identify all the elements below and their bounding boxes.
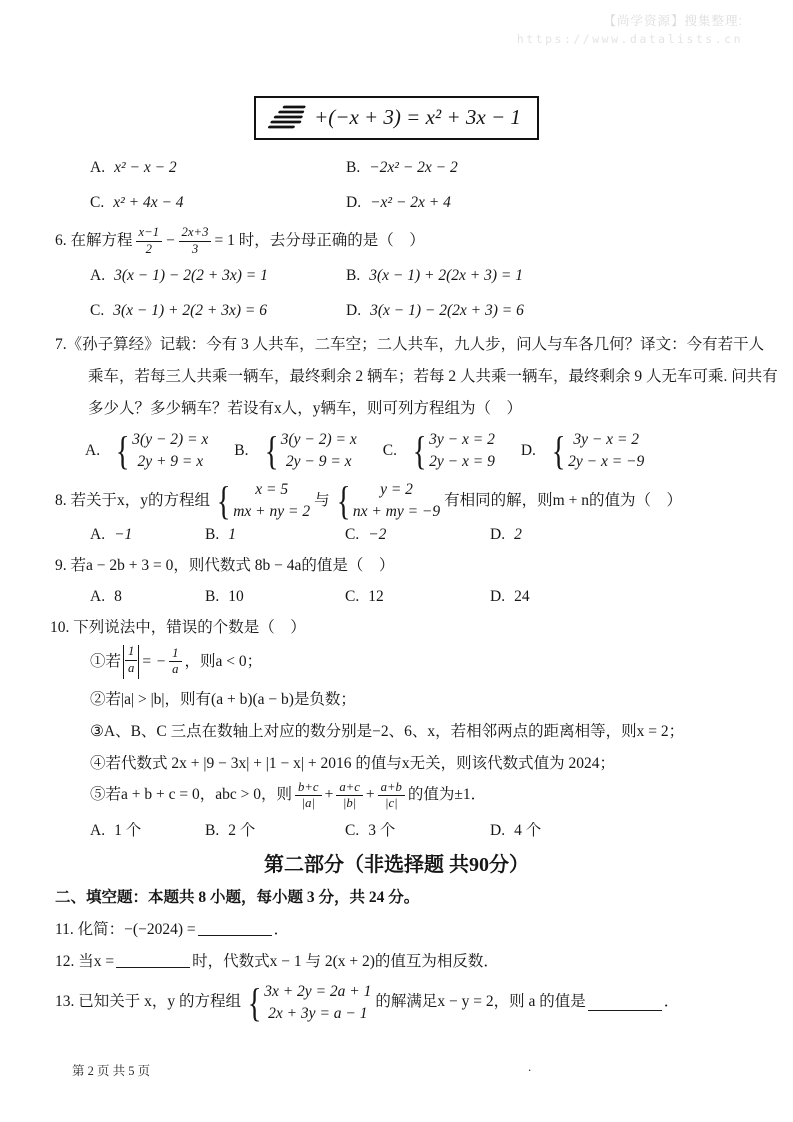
question-7-stem: 7.《孙子算经》记载：今有 3 人共车，二车空；二人共车，九人步，问人与车各几何… (0, 329, 793, 425)
option-a: A.1 个 (90, 821, 205, 842)
question-10-item-4: ④若代数式 2x + |9 − 3x| + |1 − x| + 2016 的值与… (90, 754, 793, 775)
option-b: B. {3(y − 2) = x2y − 9 = x (234, 429, 360, 473)
watermark-source-text: 【尚学资源】搜集整理: (517, 13, 743, 30)
question-9-options: A.8 B.10 C.12 D.24 (90, 587, 793, 608)
watermark: 【尚学资源】搜集整理: https://www.datalists.cn (517, 13, 743, 47)
option-a: A.x² − x − 2 (90, 158, 346, 179)
option-b: B.3(x − 1) + 2(2x + 3) = 1 (346, 266, 793, 287)
equation-system: {x = 5mx + ny = 2 (214, 479, 310, 523)
option-a: A.8 (90, 587, 205, 608)
question-9-stem: 9. 若a − 2b + 3 = 0，则代数式 8b − 4a的值是（ ） (55, 556, 793, 577)
question-7-options: A. {3(y − 2) = x2y + 9 = x B. {3(y − 2) … (85, 429, 793, 473)
option-b: B.−2x² − 2x − 2 (346, 158, 793, 179)
question-6-stem: 6. 在解方程 x−12 − 2x+33 = 1 时，去分母正确的是（ ） (55, 226, 793, 256)
option-b: B.2 个 (205, 821, 345, 842)
answer-blank (588, 995, 662, 1011)
option-d: D.−x² − 2x + 4 (346, 193, 793, 214)
question-6-options: A.3(x − 1) − 2(2 + 3x) = 1 B.3(x − 1) + … (90, 266, 793, 322)
page-number: 第 2 页 共 5 页 (72, 1063, 150, 1080)
question-7-line-3: 多少人？多少辆车？若设有x人，y辆车，则可列方程组为（ ） (88, 393, 793, 425)
question-5-options: A.x² − x − 2 B.−2x² − 2x − 2 C.x² + 4x −… (90, 158, 793, 214)
question-8-options: A.−1 B.1 C.−2 D.2 (90, 525, 793, 546)
boxed-equation-text: +(−x + 3) = x² + 3x − 1 (314, 103, 521, 131)
option-d: D.3(x − 1) − 2(2x + 3) = 6 (346, 301, 793, 322)
option-a: A. {3(y − 2) = x2y + 9 = x (85, 429, 212, 473)
watermark-url-text: https://www.datalists.cn (517, 32, 743, 48)
fraction: 1a (169, 647, 181, 677)
option-c: C.12 (345, 587, 490, 608)
fraction: a+c|b| (336, 781, 363, 811)
fraction: 2x+33 (179, 226, 212, 256)
option-c: C.−2 (345, 525, 490, 546)
question-7-line-1: 7.《孙子算经》记载：今有 3 人共车，二车空；二人共车，九人步，问人与车各几何… (55, 329, 793, 361)
ink-blot-icon (266, 104, 308, 131)
option-d: D. {3y − x = 22y − x = −9 (521, 429, 648, 473)
boxed-equation: +(−x + 3) = x² + 3x − 1 (254, 96, 539, 140)
question-12: 12. 当x =时，代数式x − 1 与 2(x + 2)的值互为相反数． (55, 952, 793, 973)
answer-blank (116, 952, 190, 968)
option-a: A.3(x − 1) − 2(2 + 3x) = 1 (90, 266, 346, 287)
equation-system: {3y − x = 22y − x = −9 (549, 429, 644, 473)
option-c: C.3 个 (345, 821, 490, 842)
question-10-item-5: ⑤若a + b + c = 0，abc > 0，则 b+c|a| + a+c|b… (90, 781, 793, 811)
question-10-item-2: ②若|a| > |b|，则有(a + b)(a − b)是负数； (90, 690, 793, 711)
option-b: B.10 (205, 587, 345, 608)
answer-blank (198, 920, 272, 936)
fraction: b+c|a| (295, 781, 322, 811)
question-11: 11. 化简：−(−2024) =． (55, 920, 793, 941)
stray-dot: . (528, 1058, 531, 1076)
option-c: C.3(x − 1) + 2(2 + 3x) = 6 (90, 301, 346, 322)
option-d: D.2 (490, 525, 793, 546)
equation-system: {3y − x = 22y − x = 9 (410, 429, 495, 473)
option-b: B.1 (205, 525, 345, 546)
fraction: x−12 (136, 226, 163, 256)
question-8-stem: 8. 若关于x，y的方程组 {x = 5mx + ny = 2 与 {y = 2… (55, 479, 793, 523)
question-10-item-1: ①若 1a = − 1a ，则a < 0； (90, 645, 793, 679)
question-7-line-2: 乘车，若每三人共乘一辆车，最终剩余 2 辆车；若每 2 人共乘一辆车，最终剩余 … (88, 361, 793, 393)
question-10-item-3: ③A、B、C 三点在数轴上对应的数分别是−2、6、x，若相邻两点的距离相等，则x… (90, 722, 793, 743)
equation-system: {3x + 2y = 2a + 12x + 3y = a − 1 (245, 981, 371, 1025)
option-c: C.x² + 4x − 4 (90, 193, 346, 214)
option-d: D.24 (490, 587, 793, 608)
question-10-stem: 10. 下列说法中，错误的个数是（ ） (50, 618, 793, 639)
fill-in-blanks-header: 二、填空题：本题共 8 小题，每小题 3 分，共 24 分。 (55, 888, 793, 909)
fraction: a+b|c| (378, 781, 405, 811)
option-a: A.−1 (90, 525, 205, 546)
section-2-title: 第二部分（非选择题 共90分） (0, 852, 793, 879)
equation-system: {3(y − 2) = x2y + 9 = x (113, 429, 208, 473)
option-d: D.4 个 (490, 821, 793, 842)
option-c: C. {3y − x = 22y − x = 9 (383, 429, 499, 473)
equation-system: {3(y − 2) = x2y − 9 = x (262, 429, 357, 473)
equation-system: {y = 2nx + my = −9 (334, 479, 441, 523)
exam-page: 【尚学资源】搜集整理: https://www.datalists.cn +(−… (0, 0, 793, 1122)
question-13: 13. 已知关于 x，y 的方程组 {3x + 2y = 2a + 12x + … (55, 981, 793, 1025)
question-10-options: A.1 个 B.2 个 C.3 个 D.4 个 (90, 821, 793, 842)
absolute-value-fraction: 1a (123, 645, 139, 679)
